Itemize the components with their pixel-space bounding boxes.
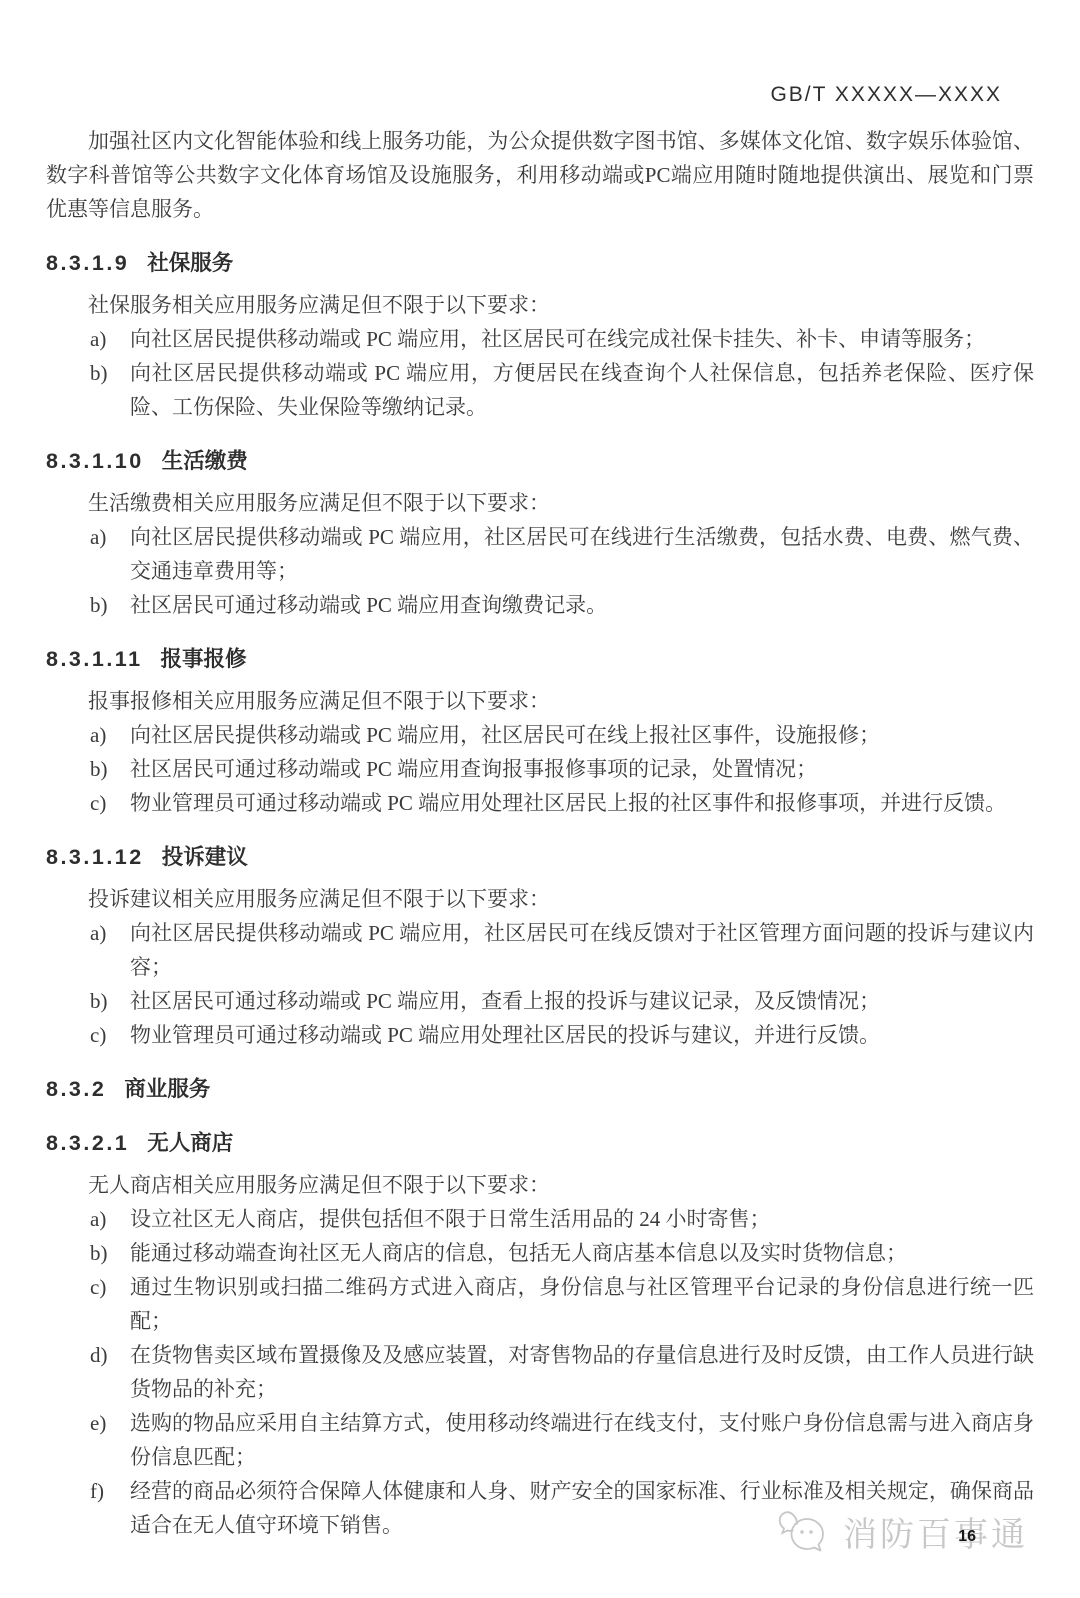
document-page: GB/T XXXXX—XXXX 加强社区内文化智能体验和线上服务功能，为公众提供… bbox=[0, 0, 1080, 1598]
list-item: e)选购的物品应采用自主结算方式，使用移动终端进行在线支付，支付账户身份信息需与… bbox=[46, 1406, 1034, 1474]
section-number: 8.3.1.11 bbox=[46, 647, 143, 671]
section-heading: 8.3.1.12投诉建议 bbox=[46, 840, 1034, 874]
section-number: 8.3.2 bbox=[46, 1077, 106, 1101]
list-item-text: 能通过移动端查询社区无人商店的信息，包括无人商店基本信息以及实时货物信息； bbox=[130, 1236, 1034, 1270]
list-item-marker: a) bbox=[90, 718, 130, 752]
list-item-text: 选购的物品应采用自主结算方式，使用移动终端进行在线支付，支付账户身份信息需与进入… bbox=[130, 1406, 1034, 1474]
list-item-marker: b) bbox=[90, 588, 130, 622]
list-item: c)物业管理员可通过移动端或 PC 端应用处理社区居民的投诉与建议，并进行反馈。 bbox=[46, 1018, 1034, 1052]
requirement-list: a)向社区居民提供移动端或 PC 端应用，社区居民可在线上报社区事件，设施报修；… bbox=[46, 718, 1034, 820]
sections: 8.3.1.9社保服务社保服务相关应用服务应满足但不限于以下要求：a)向社区居民… bbox=[46, 246, 1034, 1542]
list-item-text: 向社区居民提供移动端或 PC 端应用，社区居民可在线上报社区事件，设施报修； bbox=[130, 718, 1034, 752]
section-intro: 生活缴费相关应用服务应满足但不限于以下要求： bbox=[46, 486, 1034, 520]
section-intro: 无人商店相关应用服务应满足但不限于以下要求： bbox=[46, 1168, 1034, 1202]
document-body: 加强社区内文化智能体验和线上服务功能，为公众提供数字图书馆、多媒体文化馆、数字娱… bbox=[46, 124, 1034, 1542]
list-item: a)向社区居民提供移动端或 PC 端应用，社区居民可在线完成社保卡挂失、补卡、申… bbox=[46, 322, 1034, 356]
list-item-text: 社区居民可通过移动端或 PC 端应用，查看上报的投诉与建议记录，及反馈情况； bbox=[130, 984, 1034, 1018]
section-title: 生活缴费 bbox=[162, 449, 248, 473]
list-item-text: 物业管理员可通过移动端或 PC 端应用处理社区居民上报的社区事件和报修事项，并进… bbox=[130, 786, 1034, 820]
list-item-marker: b) bbox=[90, 1236, 130, 1270]
list-item: c)通过生物识别或扫描二维码方式进入商店，身份信息与社区管理平台记录的身份信息进… bbox=[46, 1270, 1034, 1338]
page-number: 16 bbox=[958, 1528, 976, 1546]
requirement-list: a)向社区居民提供移动端或 PC 端应用，社区居民可在线反馈对于社区管理方面问题… bbox=[46, 916, 1034, 1052]
requirement-list: a)向社区居民提供移动端或 PC 端应用，社区居民可在线完成社保卡挂失、补卡、申… bbox=[46, 322, 1034, 424]
list-item-marker: a) bbox=[90, 520, 130, 554]
list-item-marker: f) bbox=[90, 1474, 130, 1508]
section-number: 8.3.1.9 bbox=[46, 251, 129, 275]
requirement-list: a)向社区居民提供移动端或 PC 端应用，社区居民可在线进行生活缴费，包括水费、… bbox=[46, 520, 1034, 622]
section-heading: 8.3.1.11报事报修 bbox=[46, 642, 1034, 676]
section-intro: 报事报修相关应用服务应满足但不限于以下要求： bbox=[46, 684, 1034, 718]
list-item-marker: b) bbox=[90, 356, 130, 390]
list-item: d)在货物售卖区域布置摄像及及感应装置，对寄售物品的存量信息进行及时反馈，由工作… bbox=[46, 1338, 1034, 1406]
list-item-text: 向社区居民提供移动端或 PC 端应用，社区居民可在线反馈对于社区管理方面问题的投… bbox=[130, 916, 1034, 984]
list-item-marker: d) bbox=[90, 1338, 130, 1372]
list-item-text: 通过生物识别或扫描二维码方式进入商店，身份信息与社区管理平台记录的身份信息进行统… bbox=[130, 1270, 1034, 1338]
section-heading: 8.3.2.1无人商店 bbox=[46, 1126, 1034, 1160]
section-title: 无人商店 bbox=[147, 1131, 233, 1155]
list-item-marker: a) bbox=[90, 322, 130, 356]
list-item-text: 社区居民可通过移动端或 PC 端应用查询缴费记录。 bbox=[130, 588, 1034, 622]
section-title: 商业服务 bbox=[124, 1077, 210, 1101]
list-item: b)能通过移动端查询社区无人商店的信息，包括无人商店基本信息以及实时货物信息； bbox=[46, 1236, 1034, 1270]
list-item-text: 向社区居民提供移动端或 PC 端应用，方便居民在线查询个人社保信息，包括养老保险… bbox=[130, 356, 1034, 424]
list-item-marker: a) bbox=[90, 916, 130, 950]
list-item-marker: c) bbox=[90, 1018, 130, 1052]
list-item-marker: c) bbox=[90, 1270, 130, 1304]
section-heading: 8.3.1.9社保服务 bbox=[46, 246, 1034, 280]
chat-bubbles-icon bbox=[777, 1508, 835, 1556]
section-number: 8.3.1.10 bbox=[46, 449, 144, 473]
list-item-text: 向社区居民提供移动端或 PC 端应用，社区居民可在线进行生活缴费，包括水费、电费… bbox=[130, 520, 1034, 588]
section-intro: 投诉建议相关应用服务应满足但不限于以下要求： bbox=[46, 882, 1034, 916]
list-item-text: 向社区居民提供移动端或 PC 端应用，社区居民可在线完成社保卡挂失、补卡、申请等… bbox=[130, 322, 1034, 356]
list-item: a)设立社区无人商店，提供包括但不限于日常生活用品的 24 小时寄售； bbox=[46, 1202, 1034, 1236]
list-item-marker: e) bbox=[90, 1406, 130, 1440]
section-number: 8.3.2.1 bbox=[46, 1131, 129, 1155]
section-number: 8.3.1.12 bbox=[46, 845, 144, 869]
list-item-marker: a) bbox=[90, 1202, 130, 1236]
section-title: 投诉建议 bbox=[162, 845, 248, 869]
section-title: 报事报修 bbox=[161, 647, 247, 671]
list-item: b)社区居民可通过移动端或 PC 端应用查询缴费记录。 bbox=[46, 588, 1034, 622]
list-item-text: 物业管理员可通过移动端或 PC 端应用处理社区居民的投诉与建议，并进行反馈。 bbox=[130, 1018, 1034, 1052]
standard-number-header: GB/T XXXXX—XXXX bbox=[46, 82, 1034, 108]
section-title: 社保服务 bbox=[147, 251, 233, 275]
section-heading: 8.3.1.10生活缴费 bbox=[46, 444, 1034, 478]
list-item-marker: c) bbox=[90, 786, 130, 820]
watermark-text: 消防百事通 bbox=[843, 1507, 1028, 1556]
list-item: b)社区居民可通过移动端或 PC 端应用查询报事报修事项的记录，处置情况； bbox=[46, 752, 1034, 786]
section-intro: 社保服务相关应用服务应满足但不限于以下要求： bbox=[46, 288, 1034, 322]
list-item-text: 设立社区无人商店，提供包括但不限于日常生活用品的 24 小时寄售； bbox=[130, 1202, 1034, 1236]
section-heading: 8.3.2商业服务 bbox=[46, 1072, 1034, 1106]
intro-paragraph: 加强社区内文化智能体验和线上服务功能，为公众提供数字图书馆、多媒体文化馆、数字娱… bbox=[46, 124, 1034, 226]
list-item: a)向社区居民提供移动端或 PC 端应用，社区居民可在线上报社区事件，设施报修； bbox=[46, 718, 1034, 752]
list-item: a)向社区居民提供移动端或 PC 端应用，社区居民可在线进行生活缴费，包括水费、… bbox=[46, 520, 1034, 588]
requirement-list: a)设立社区无人商店，提供包括但不限于日常生活用品的 24 小时寄售；b)能通过… bbox=[46, 1202, 1034, 1542]
list-item-text: 社区居民可通过移动端或 PC 端应用查询报事报修事项的记录，处置情况； bbox=[130, 752, 1034, 786]
list-item: c)物业管理员可通过移动端或 PC 端应用处理社区居民上报的社区事件和报修事项，… bbox=[46, 786, 1034, 820]
watermark: 消防百事通 bbox=[777, 1507, 1028, 1556]
list-item-marker: b) bbox=[90, 984, 130, 1018]
list-item-text: 在货物售卖区域布置摄像及及感应装置，对寄售物品的存量信息进行及时反馈，由工作人员… bbox=[130, 1338, 1034, 1406]
list-item: b)向社区居民提供移动端或 PC 端应用，方便居民在线查询个人社保信息，包括养老… bbox=[46, 356, 1034, 424]
list-item: b)社区居民可通过移动端或 PC 端应用，查看上报的投诉与建议记录，及反馈情况； bbox=[46, 984, 1034, 1018]
list-item-marker: b) bbox=[90, 752, 130, 786]
list-item: a)向社区居民提供移动端或 PC 端应用，社区居民可在线反馈对于社区管理方面问题… bbox=[46, 916, 1034, 984]
